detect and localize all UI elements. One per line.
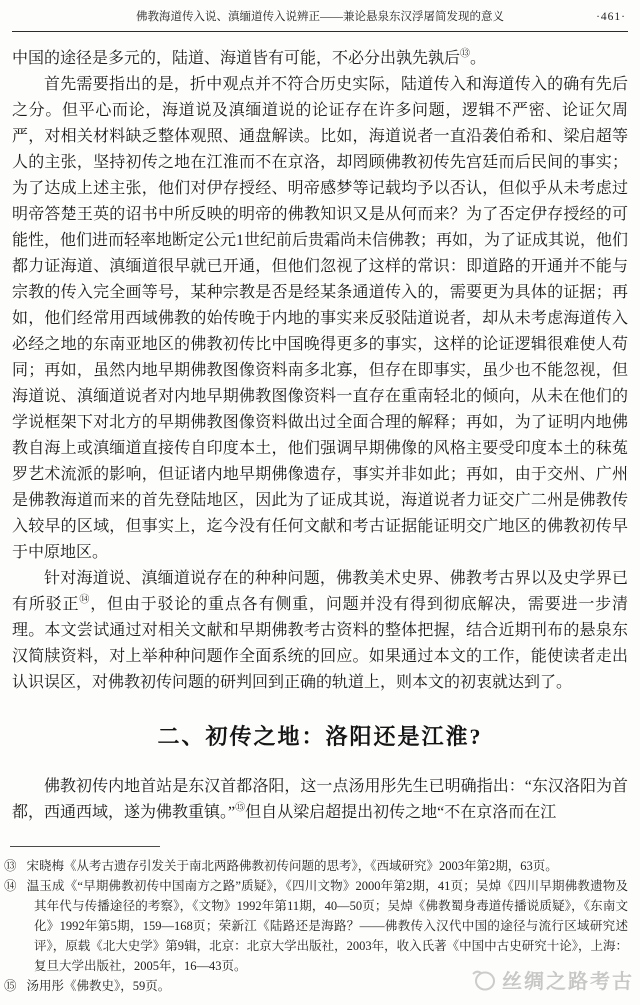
page-number: ·461· [596,9,626,25]
running-title: 佛教海道传入说、滇缅道传入说辨正——兼论悬泉东汉浮屠简发现的意义 [136,11,504,23]
footnote-ref-15: ⑮ [235,803,245,814]
footnote-ref-14: ⑭ [79,595,90,606]
paragraph: 首先需要指出的是，折中观点并不符合历史实际，陆道传入和海道传入的确有先后之分。但… [12,72,628,566]
paragraph-text: 。 [470,50,486,67]
watermark-text: 丝绸之路考古 [502,965,634,994]
footnote-divider [10,846,160,847]
footnote-number: ⑬ [4,859,17,873]
footnote-ref-13: ⑬ [460,49,470,60]
footnote-14: ⑭温玉成《“早期佛教初传中国南方之路”质疑》，《四川文物》2000年第2期，41… [8,876,628,976]
footnote-text: 宋晓梅《从考古遗存引发关于南北两路佛教初传问题的思考》，《西域研究》2003年第… [27,859,558,873]
paragraph: 针对海道说、滇缅道说存在的种种问题，佛教美术史界、佛教考古界以及史学界已有所驳正… [12,566,628,696]
footnote-number: ⑮ [4,979,17,993]
watermark-logo-icon [471,968,497,992]
section-heading: 二、初传之地：洛阳还是江淮? [12,721,628,753]
watermark: 丝绸之路考古 [471,965,634,994]
footnote-text: 温玉成《“早期佛教初传中国南方之路”质疑》，《四川文物》2000年第2期，41页… [27,879,628,973]
scanned-paper-page: 佛教海道传入说、滇缅道传入说辨正——兼论悬泉东汉浮屠简发现的意义 ·461· 中… [0,0,640,1005]
article-body: 中国的途径是多元的，陆道、海道皆有可能，不必分出孰先孰后⑬。 首先需要指出的是，… [12,46,628,826]
paragraph: 佛教初传内地首站是东汉首都洛阳，这一点汤用彤先生已明确指出：“东汉洛阳为首都，西… [12,774,628,826]
paragraph-text: 但自从梁启超提出初传之地“不在京洛而在江 [245,804,556,821]
paragraph-text: 中国的途径是多元的，陆道、海道皆有可能，不必分出孰先孰后 [12,50,460,67]
footnote-13: ⑬宋晓梅《从考古遗存引发关于南北两路佛教初传问题的思考》，《西域研究》2003年… [8,856,628,876]
paragraph-text: ，但由于驳论的重点各有侧重，问题并没有得到彻底解决，需要进一步清理。本文尝试通过… [12,596,628,691]
footnote-text: 汤用彤《佛教史》，59页。 [27,979,171,993]
page-header: 佛教海道传入说、滇缅道传入说辨正——兼论悬泉东汉浮屠简发现的意义 ·461· [12,6,628,32]
footnote-number: ⑭ [4,879,17,893]
paragraph-continuation: 中国的途径是多元的，陆道、海道皆有可能，不必分出孰先孰后⑬。 [12,46,628,72]
